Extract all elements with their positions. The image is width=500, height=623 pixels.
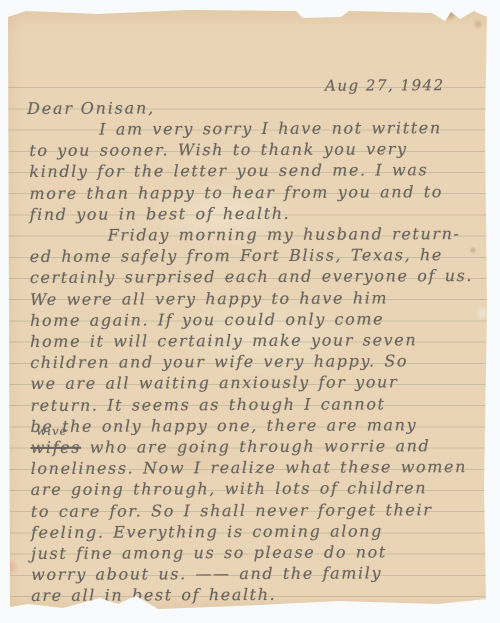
inserted-word: wive <box>37 426 68 437</box>
letter-page: Aug 27, 1942 Dear Onisan, I am very sorr… <box>8 7 487 613</box>
letter-line: ed home safely from Fort Bliss, Texas, h… <box>30 244 477 267</box>
letter-line: to care for. So I shall never forget the… <box>31 499 478 522</box>
letter-line: worry about us. —— and the family <box>31 562 478 585</box>
letter-line: are going through, with lots of children <box>31 477 478 500</box>
letter-line: wivewifes who are going through worrie a… <box>31 435 478 458</box>
letter-line: children and your wife very happy. So <box>30 350 477 373</box>
correction: wivewifes <box>31 437 82 458</box>
letter-date: Aug 27, 1942 <box>325 75 445 97</box>
letter-line: find you in best of health. <box>30 202 477 225</box>
letter-line: home it will certainly make your seven <box>30 329 477 352</box>
letter-line: We were all very happy to have him <box>30 287 477 310</box>
letter-line: to you sooner. Wish to thank you very <box>29 138 476 161</box>
letter-line: are all in best of health. <box>31 583 478 606</box>
letter-line: be the only happy one, there are many <box>30 414 477 437</box>
letter-line: more than happy to hear from you and to <box>29 181 476 204</box>
letter-line: just fine among us so please do not <box>31 541 478 564</box>
letter-line: Friday morning my husband return- <box>30 223 477 246</box>
letter-salutation: Dear Onisan, <box>27 97 155 119</box>
letter-line: kindly for the letter you send me. I was <box>29 159 476 182</box>
letter-line: feeling. Everything is coming along <box>31 520 478 543</box>
letter-line: return. It seems as though I cannot <box>30 393 477 416</box>
letter-line: certainly surprised each and everyone of… <box>30 265 477 288</box>
line-text: who are going through worrie and <box>90 436 431 456</box>
letter-line: home again. If you could only come <box>30 308 477 331</box>
letter-line: I am very sorry I have not written <box>29 117 476 140</box>
letter-line: loneliness. Now I realize what these wom… <box>31 456 478 479</box>
letter-line: we are all waiting anxiously for your <box>30 371 477 394</box>
letter-ink-layer: Aug 27, 1942 Dear Onisan, I am very sorr… <box>7 6 489 614</box>
letter-body: I am very sorry I have not writtento you… <box>7 6 486 8</box>
struck-word: wifes <box>31 438 82 457</box>
